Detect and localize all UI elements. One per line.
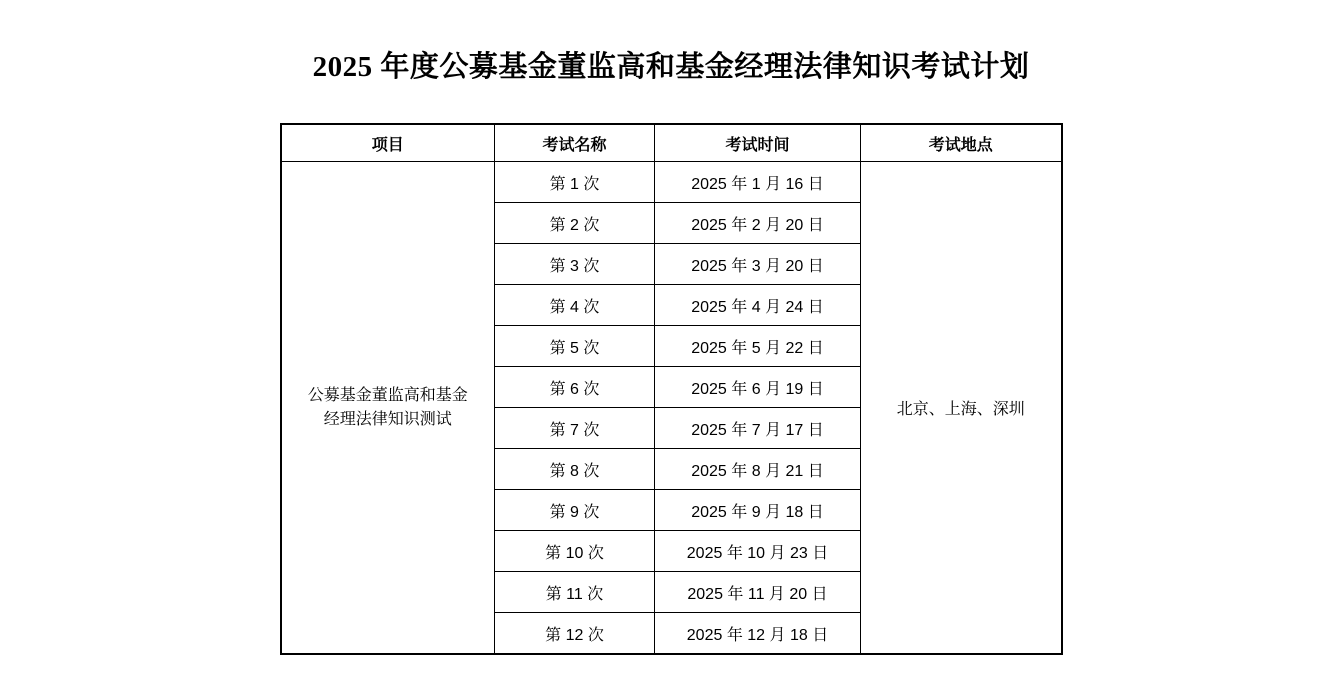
table-row: 公募基金董监高和基金经理法律知识测试第 1 次2025 年 1 月 16 日北京…: [281, 162, 1062, 203]
exam-date-cell: 2025 年 8 月 21 日: [655, 449, 861, 490]
exam-name-cell: 第 1 次: [495, 162, 655, 203]
exam-name-cell: 第 9 次: [495, 490, 655, 531]
exam-date-cell: 2025 年 12 月 18 日: [655, 613, 861, 655]
page-title: 2025 年度公募基金董监高和基金经理法律知识考试计划: [0, 0, 1342, 84]
exam-date-cell: 2025 年 11 月 20 日: [655, 572, 861, 613]
exam-date-cell: 2025 年 9 月 18 日: [655, 490, 861, 531]
exam-name-cell: 第 8 次: [495, 449, 655, 490]
header-exam-time: 考试时间: [655, 124, 861, 162]
exam-name-cell: 第 2 次: [495, 203, 655, 244]
project-line: 公募基金董监高和基金: [286, 384, 491, 408]
exam-date-cell: 2025 年 5 月 22 日: [655, 326, 861, 367]
exam-date-cell: 2025 年 2 月 20 日: [655, 203, 861, 244]
exam-name-cell: 第 12 次: [495, 613, 655, 655]
header-exam-name: 考试名称: [495, 124, 655, 162]
project-line: 经理法律知识测试: [286, 408, 491, 432]
exam-name-cell: 第 3 次: [495, 244, 655, 285]
document-page: 2025 年度公募基金董监高和基金经理法律知识考试计划 项目 考试名称 考试时间…: [0, 0, 1342, 697]
exam-name-cell: 第 10 次: [495, 531, 655, 572]
exam-date-cell: 2025 年 6 月 19 日: [655, 367, 861, 408]
exam-date-cell: 2025 年 10 月 23 日: [655, 531, 861, 572]
exam-date-cell: 2025 年 7 月 17 日: [655, 408, 861, 449]
header-exam-location: 考试地点: [861, 124, 1062, 162]
exam-name-cell: 第 4 次: [495, 285, 655, 326]
project-cell: 公募基金董监高和基金经理法律知识测试: [281, 162, 495, 655]
exam-name-cell: 第 6 次: [495, 367, 655, 408]
header-project: 项目: [281, 124, 495, 162]
location-cell: 北京、上海、深圳: [861, 162, 1062, 655]
exam-schedule-table: 项目 考试名称 考试时间 考试地点 公募基金董监高和基金经理法律知识测试第 1 …: [280, 123, 1063, 655]
exam-date-cell: 2025 年 3 月 20 日: [655, 244, 861, 285]
table-header-row: 项目 考试名称 考试时间 考试地点: [281, 124, 1062, 162]
table-body: 公募基金董监高和基金经理法律知识测试第 1 次2025 年 1 月 16 日北京…: [281, 162, 1062, 655]
exam-name-cell: 第 11 次: [495, 572, 655, 613]
exam-date-cell: 2025 年 4 月 24 日: [655, 285, 861, 326]
exam-name-cell: 第 5 次: [495, 326, 655, 367]
exam-date-cell: 2025 年 1 月 16 日: [655, 162, 861, 203]
exam-name-cell: 第 7 次: [495, 408, 655, 449]
